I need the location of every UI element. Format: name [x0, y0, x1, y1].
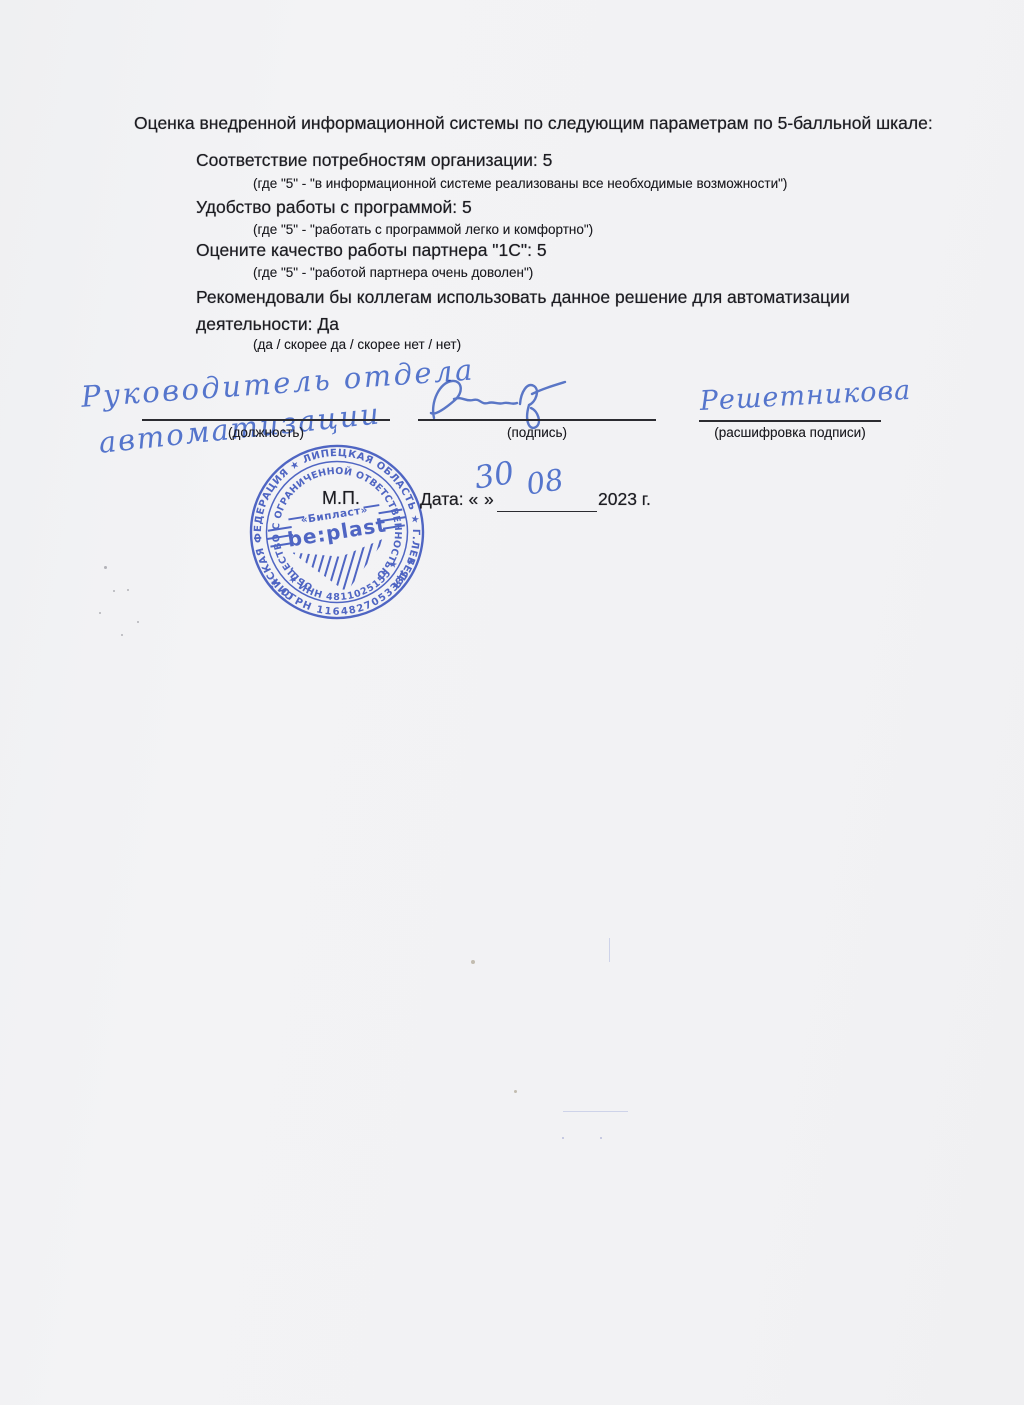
- scanned-document-page: Оценка внедренной информационной системы…: [0, 0, 1024, 1405]
- scan-speck: [514, 1090, 517, 1093]
- question-2-label: Удобство работы с программой: 5: [196, 197, 472, 218]
- scan-speck: [137, 621, 139, 623]
- scan-speck: [127, 589, 129, 591]
- scan-scratch: [563, 1111, 628, 1112]
- surname-line: [699, 420, 881, 422]
- surname-caption: (расшифровка подписи): [680, 425, 900, 440]
- signature-caption: (подпись): [427, 425, 647, 440]
- scan-speck: [104, 566, 107, 569]
- handwritten-position-line1: Руководитель отдела: [80, 352, 476, 413]
- date-fill-line: [497, 511, 597, 512]
- company-stamp: РОССИЙСКАЯ ФЕДЕРАЦИЯ ★ ЛИПЕЦКАЯ ОБЛАСТЬ …: [237, 432, 437, 632]
- handwritten-surname: Решетникова: [699, 375, 912, 417]
- question-3-label: Оцените качество работы партнера "1С": 5: [196, 240, 547, 261]
- question-4-note: (да / скорее да / скорее нет / нет): [253, 337, 461, 352]
- question-1-label: Соответствие потребностям организации: 5: [196, 150, 552, 171]
- question-1-note: (где "5" - "в информационной системе реа…: [253, 176, 787, 191]
- scan-speck: [121, 634, 123, 636]
- question-4-label: Рекомендовали бы коллегам использовать д…: [196, 284, 861, 337]
- scan-speck: [113, 590, 115, 592]
- handwritten-month: 08: [524, 462, 566, 501]
- scan-speck: [471, 960, 475, 964]
- scan-speck: [99, 612, 101, 614]
- year-label: 2023 г.: [598, 489, 651, 510]
- question-2-note: (где "5" - "работать с программой легко …: [253, 222, 593, 237]
- question-3-note: (где "5" - "работой партнера очень довол…: [253, 265, 533, 280]
- position-line: [142, 419, 390, 421]
- scan-speck: [600, 1137, 602, 1139]
- document-title: Оценка внедренной информационной системы…: [134, 111, 944, 136]
- signature-line: [418, 419, 656, 421]
- handwritten-day: 30: [472, 455, 517, 497]
- scan-speck: [562, 1137, 564, 1139]
- scan-scratch: [609, 938, 610, 962]
